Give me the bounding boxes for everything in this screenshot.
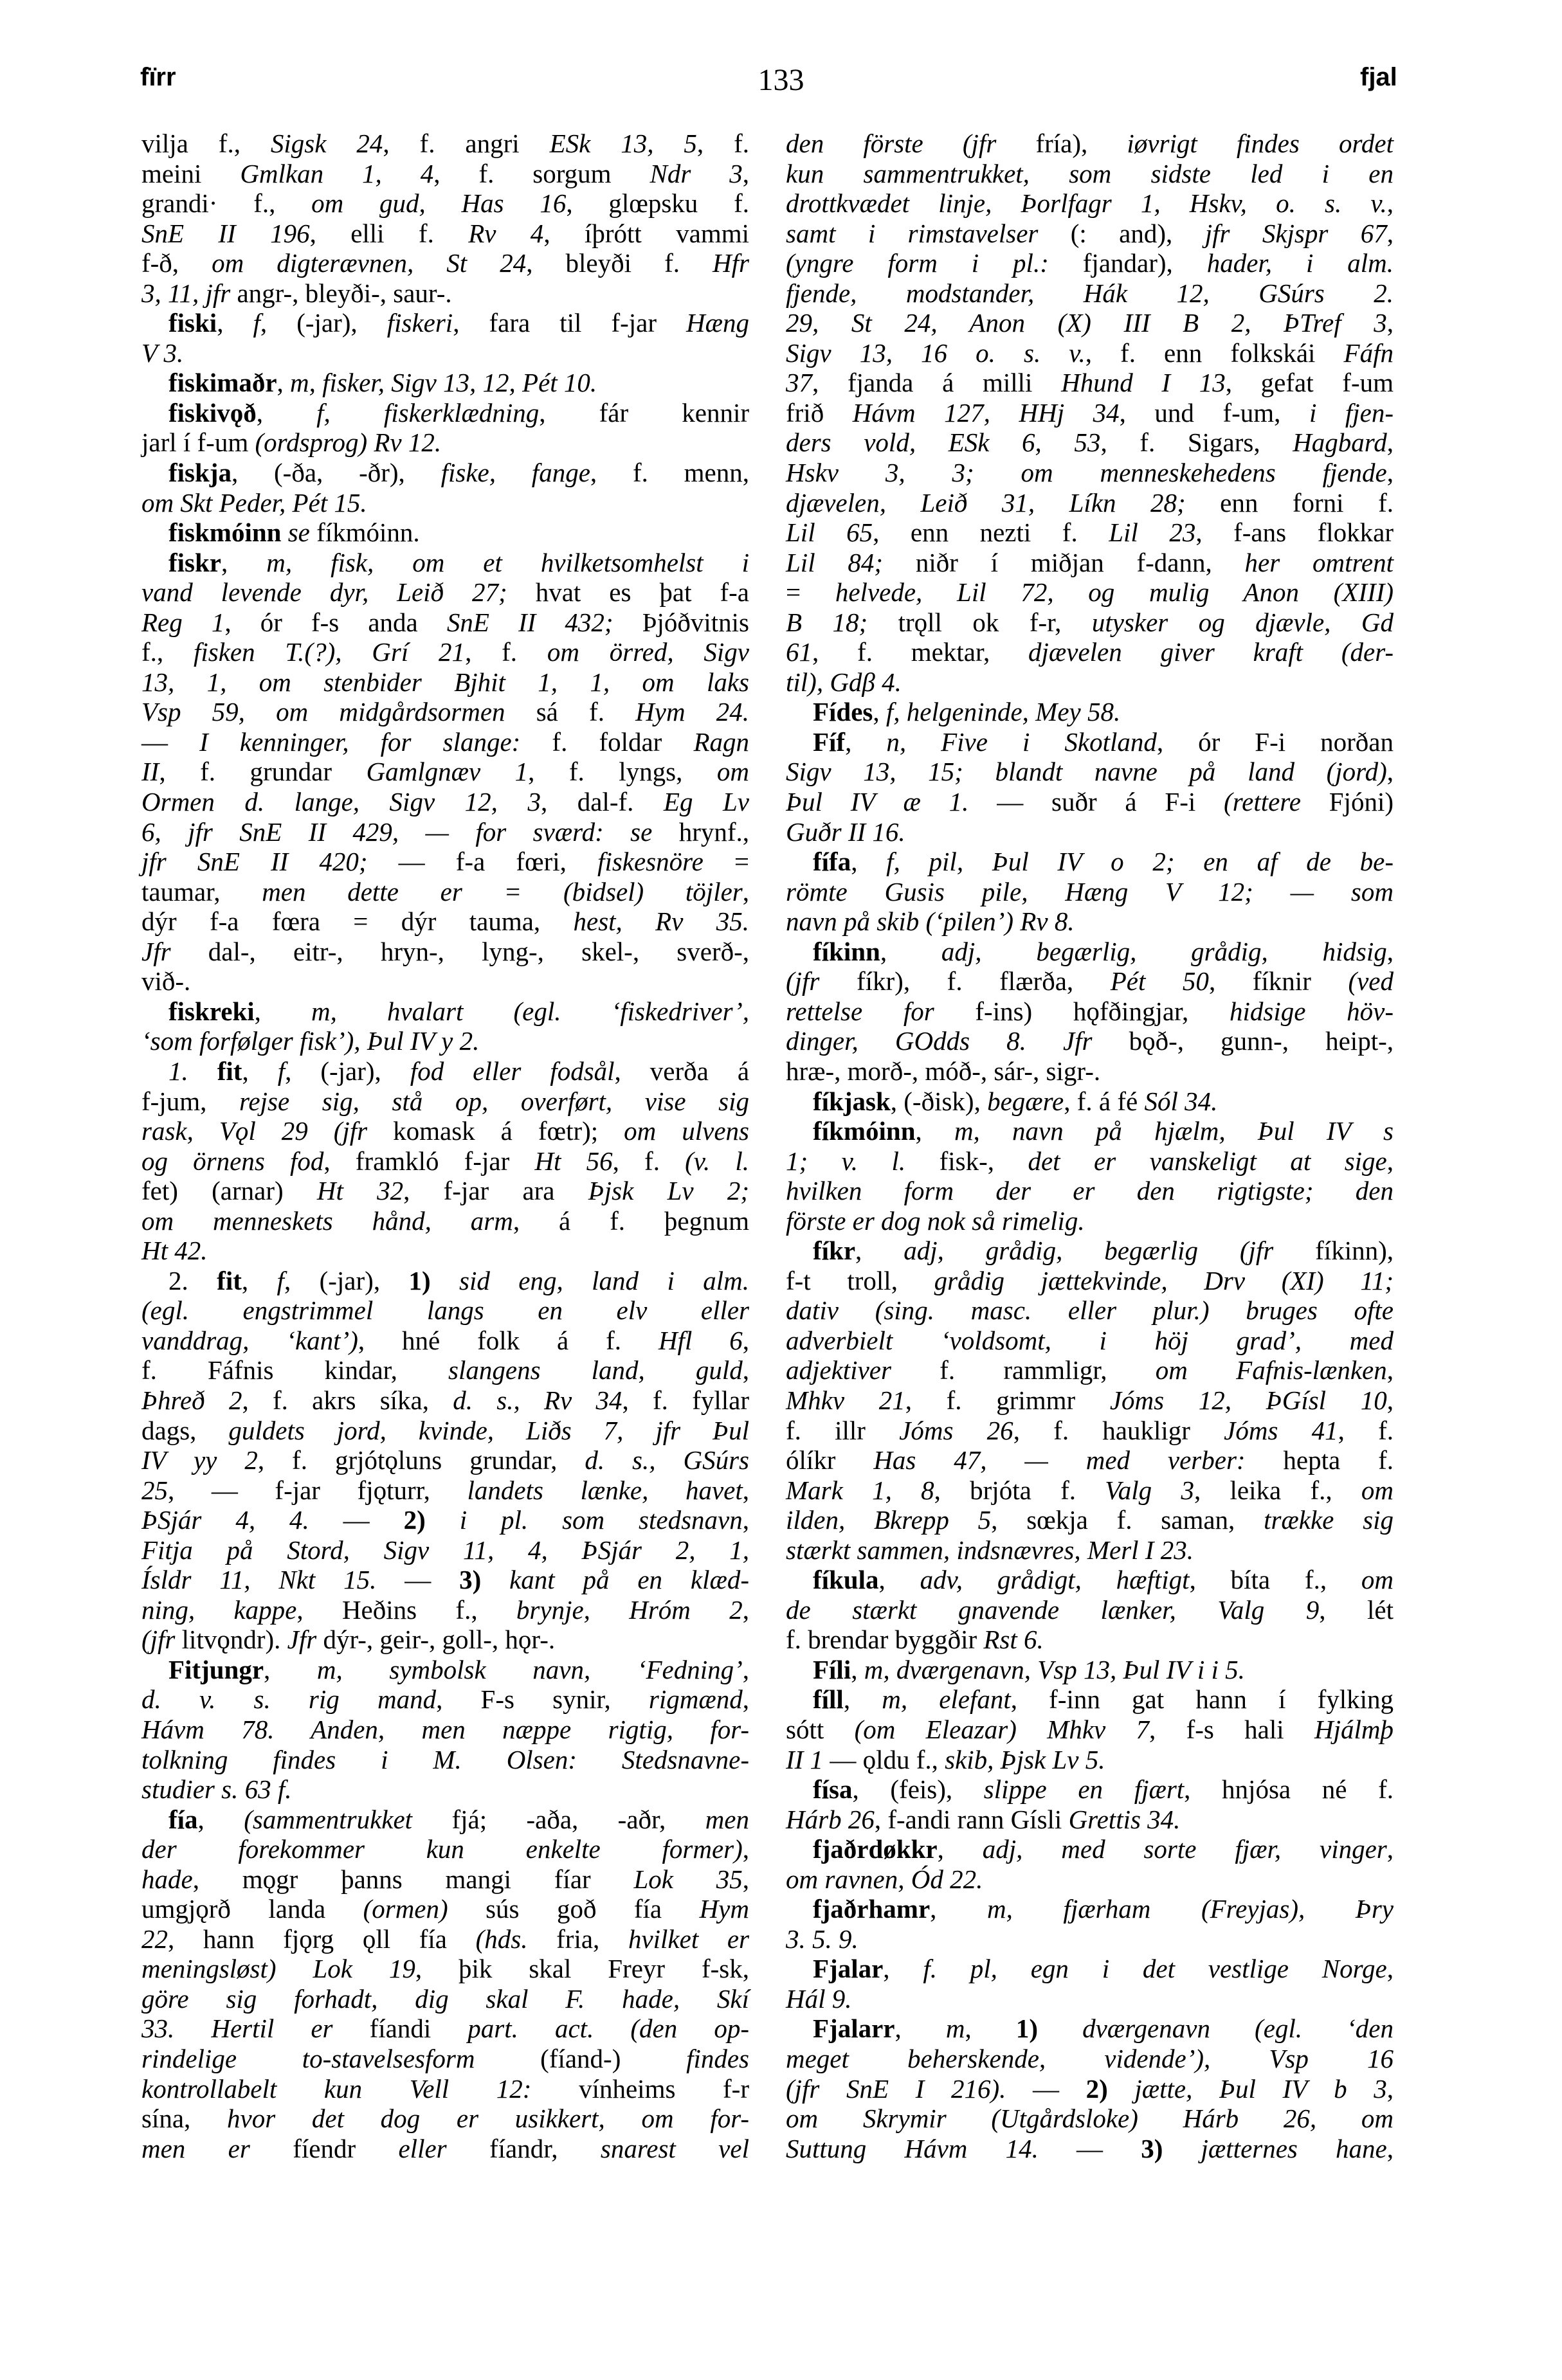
italic-text: 1. bbox=[168, 1056, 217, 1086]
text-line: Hávm 78. Anden, men næppe rigtig, for- bbox=[141, 1715, 749, 1745]
italic-text: Hagbard bbox=[1293, 428, 1387, 457]
italic-text: Lok 35 bbox=[633, 1864, 742, 1894]
roman-text: , fíknir bbox=[1209, 966, 1349, 996]
italic-text: SnE II 196 bbox=[141, 219, 310, 248]
italic-text: fiskesnöre bbox=[597, 847, 704, 876]
text-line: 33. Hertil er fíandi part. act. (den op- bbox=[141, 2014, 749, 2044]
headword: 3) bbox=[459, 1565, 481, 1594]
roman-text: hepta f. bbox=[1246, 1445, 1394, 1475]
text-line: B 18; trǫll ok f-r, utysker og djævle, G… bbox=[786, 608, 1394, 638]
roman-text: , (feis), bbox=[853, 1774, 984, 1804]
roman-text: grandi· f., bbox=[141, 188, 311, 218]
roman-text: fíendr bbox=[250, 2134, 399, 2163]
text-line: (egl. engstrimmel langs en elv eller bbox=[141, 1295, 749, 1326]
roman-text: , bbox=[895, 2014, 945, 2043]
roman-text: f-t troll, bbox=[786, 1266, 934, 1295]
text-line: (jfr fíkr), f. flærða, Pét 50, fíknir (v… bbox=[786, 966, 1394, 996]
roman-text: sína, bbox=[141, 2104, 227, 2133]
italic-text: II bbox=[141, 757, 159, 786]
italic-text: Ht 32 bbox=[317, 1176, 403, 1205]
roman-text: f. rammligr, bbox=[891, 1355, 1156, 1385]
italic-text: om digterævnen, St 24 bbox=[212, 248, 526, 278]
roman-text: , Heðins f., bbox=[296, 1595, 516, 1625]
italic-text: landets lænke, havet bbox=[467, 1475, 742, 1505]
roman-text: fjá; -aða, -aðr, bbox=[412, 1805, 705, 1834]
italic-text: Jóms 41 bbox=[1224, 1416, 1338, 1445]
italic-text: Jóms 12, ÞGísl 10 bbox=[1110, 1385, 1387, 1415]
roman-text: , f. Sigars, bbox=[1100, 428, 1293, 457]
italic-text: Gamlgnæv 1 bbox=[366, 757, 528, 786]
italic-text: Hfr bbox=[713, 248, 749, 278]
headword: fjaðrhamr bbox=[813, 1894, 930, 1924]
italic-text: kant på en klæd- bbox=[481, 1565, 749, 1594]
roman-text: , bbox=[880, 937, 941, 966]
italic-text: ders vold, ESk 6, 53 bbox=[786, 428, 1100, 457]
italic-text: hvor det dog er usikkert, om for- bbox=[227, 2104, 749, 2133]
text-line: Sigv 13, 15; blandt navne på land (jord)… bbox=[786, 757, 1394, 787]
italic-text: vanddrag, ‘kant’) bbox=[141, 1326, 358, 1355]
roman-text: , fjanda á milli bbox=[812, 368, 1061, 397]
roman-text: , leika f., bbox=[1194, 1475, 1361, 1505]
italic-text: m, navn på hjælm, Þul IV s bbox=[954, 1116, 1394, 1146]
italic-text: Eg Lv bbox=[664, 787, 749, 816]
dictionary-page: fïrr 133 fjal vilja f., Sigsk 24, f. ang… bbox=[0, 0, 1562, 2380]
roman-text: , bbox=[851, 1655, 864, 1684]
italic-text: meget beherskende, vidende’), Vsp 16 bbox=[786, 2044, 1394, 2073]
roman-text: , bbox=[1387, 1954, 1394, 1983]
italic-text: hade bbox=[141, 1864, 193, 1894]
roman-text: , f. menn, bbox=[590, 458, 749, 487]
text-line: Guðr II 16. bbox=[786, 817, 1394, 847]
roman-text: , framkló f-jar bbox=[323, 1146, 534, 1176]
entry-headline: fiskivǫð, f, fiskerklædning, fár kennir bbox=[141, 398, 749, 428]
text-line: 29, St 24, Anon (X) III B 2, ÞTref 3, bbox=[786, 308, 1394, 338]
roman-text: , bbox=[743, 1355, 749, 1385]
roman-text: , lét bbox=[1319, 1595, 1394, 1625]
roman-text: , bbox=[255, 996, 311, 1026]
italic-text: 22 bbox=[141, 1924, 168, 1954]
page-number: 133 bbox=[0, 64, 1562, 96]
text-line: den förste (jfr fría), iøvrigt findes or… bbox=[786, 129, 1394, 159]
italic-text: om ravnen, Ód 22. bbox=[786, 1864, 983, 1894]
italic-text: hest, Rv 35. bbox=[574, 906, 749, 936]
italic-text: om bbox=[1361, 1475, 1394, 1505]
text-line: meini Gmlkan 1, 4, f. sorgum Ndr 3, bbox=[141, 159, 749, 189]
italic-text: m bbox=[946, 2014, 965, 2043]
roman-text: f. foldar bbox=[520, 727, 693, 757]
text-line: II, f. grundar Gamlgnæv 1, f. lyngs, om bbox=[141, 757, 749, 787]
roman-text: við-. bbox=[141, 966, 190, 996]
italic-text: hvilken form der er den rigtigste; den bbox=[786, 1176, 1394, 1205]
italic-text: Þjsk Lv 2; bbox=[588, 1176, 749, 1205]
text-line: navn på skib (‘pilen’) Rv 8. bbox=[786, 906, 1394, 937]
roman-text: sótt bbox=[786, 1715, 855, 1744]
left-column: vilja f., Sigsk 24, f. angri ESk 13, 5, … bbox=[141, 129, 749, 2163]
italic-text: i pl. som stedsnavn bbox=[426, 1505, 743, 1535]
italic-text: (ved bbox=[1348, 966, 1394, 996]
text-line: drottkvædet linje, Þorlfagr 1, Hskv, o. … bbox=[786, 188, 1394, 219]
text-line: dativ (sing. masc. eller plur.) bruges o… bbox=[786, 1295, 1394, 1326]
italic-text: dinger, GOdds 8. Jfr bbox=[786, 1026, 1093, 1056]
italic-text: Mhkv 21 bbox=[786, 1385, 905, 1415]
text-line: Þul IV æ 1. — suðr á F-i (rettere Fjóni) bbox=[786, 787, 1394, 817]
italic-text: iøvrigt findes ordet bbox=[1127, 129, 1394, 158]
italic-text: römte Gusis pile, Hæng V 12; — som bbox=[786, 877, 1394, 906]
roman-text: , (-ðisk), bbox=[891, 1086, 987, 1116]
italic-text: brynje, Hróm 2 bbox=[516, 1595, 743, 1625]
italic-text: ‘som forfølger fisk’), Þul IV y 2. bbox=[141, 1026, 479, 1056]
italic-text: dværgenavn (egl. ‘den bbox=[1038, 2014, 1394, 2043]
italic-text: findes bbox=[686, 2044, 749, 2073]
roman-text: , mǫgr þanns mangi fíar bbox=[193, 1864, 634, 1894]
italic-text: Pét 50 bbox=[1111, 966, 1209, 996]
headword: Fíli bbox=[813, 1655, 851, 1684]
headword: fíkjask bbox=[813, 1086, 891, 1116]
italic-text: ÞSjár 4, 4. bbox=[141, 1505, 309, 1535]
roman-text: , elli f. bbox=[310, 219, 469, 248]
italic-text: 37 bbox=[786, 368, 812, 397]
italic-text: Hfl 6 bbox=[658, 1326, 743, 1355]
entry-headline: 1. fit, f, (-jar), fod eller fodsål, ver… bbox=[141, 1056, 749, 1086]
roman-text: , hann fjǫrg ǫll fía bbox=[168, 1924, 476, 1954]
text-line: Reg 1, ór f-s anda SnE II 432; Þjóðvitni… bbox=[141, 608, 749, 638]
text-line: d. v. s. rig mand, F-s synir, rigmænd, bbox=[141, 1684, 749, 1715]
roman-text: f-ins) hǫfðingjar, bbox=[934, 996, 1230, 1026]
text-line: kontrollabelt kun Vell 12: vínheims f-r bbox=[141, 2074, 749, 2104]
headword: Fjalar bbox=[813, 1954, 883, 1983]
roman-text: f. illr bbox=[786, 1416, 899, 1445]
roman-text: fíkinn), bbox=[1273, 1236, 1394, 1265]
roman-text: komask á fœtr); bbox=[367, 1116, 624, 1146]
italic-text: dativ (sing. masc. eller plur.) bruges o… bbox=[786, 1295, 1394, 1325]
italic-text: Sigv 13, 16 o. s. v. bbox=[786, 338, 1085, 368]
headword: 2) bbox=[1086, 2074, 1108, 2104]
entry-headline: 2. fit, f, (-jar), 1) sid eng, land i al… bbox=[141, 1266, 749, 1296]
entry-headline: fjaðrdøkkr, adj, med sorte fjær, vinger, bbox=[786, 1834, 1394, 1864]
roman-text: , (-ða, -ðr), bbox=[232, 458, 441, 487]
text-line: umgjǫrð landa (ormen) sús goð fía Hym bbox=[141, 1894, 749, 1924]
headword: Fjalarr bbox=[813, 2014, 895, 2043]
text-line: Hárb 26, f-andi rann Gísli Grettis 34. bbox=[786, 1805, 1394, 1835]
text-line: Sigv 13, 16 o. s. v., f. enn folkskái Fá… bbox=[786, 338, 1394, 368]
italic-text: tolkning findes i M. Olsen: Stedsnavne- bbox=[141, 1745, 749, 1774]
roman-text: , bbox=[1387, 188, 1394, 218]
roman-text: , f. á fé bbox=[1064, 1086, 1144, 1116]
roman-text: , f-jar ara bbox=[403, 1176, 588, 1205]
text-line: fjende, modstander, Hák 12, GSúrs 2. bbox=[786, 278, 1394, 309]
italic-text: Hym 24. bbox=[635, 697, 749, 726]
text-line: ning, kappe, Heðins f., brynje, Hróm 2, bbox=[141, 1595, 749, 1625]
roman-text: , f. grimmr bbox=[905, 1385, 1110, 1415]
roman-text: , f. lyngs, bbox=[528, 757, 717, 786]
roman-text: f-ð, bbox=[141, 248, 212, 278]
italic-text: SnE II 432; bbox=[447, 608, 613, 637]
text-line: Lil 65, enn nezti f. Lil 23, f-ans flokk… bbox=[786, 518, 1394, 548]
text-line: (jfr litvǫndr). Jfr dýr-, geir-, goll-, … bbox=[141, 1625, 749, 1655]
text-line: jfr SnE II 420; — f-a fœri, fiskesnöre = bbox=[141, 847, 749, 877]
roman-text: fisk-, bbox=[905, 1146, 1028, 1176]
italic-text: om bbox=[717, 757, 749, 786]
roman-text: , bbox=[930, 1894, 987, 1924]
italic-text: m, symbolsk navn, ‘Fedning’ bbox=[317, 1655, 743, 1684]
italic-text: navn på skib (‘pilen’) Rv 8. bbox=[786, 906, 1075, 936]
italic-text: (jfr SnE I 216). bbox=[786, 2074, 1006, 2104]
roman-text: litvǫndr). bbox=[175, 1625, 287, 1654]
roman-text: , bbox=[743, 1834, 749, 1864]
italic-text: Lil 65 bbox=[786, 518, 873, 547]
roman-text: , enn nezti f. bbox=[873, 518, 1109, 547]
roman-text: , gefat f-um bbox=[1226, 368, 1394, 397]
headword: 1) bbox=[408, 1266, 430, 1295]
roman-text: , hné folk á f. bbox=[358, 1326, 658, 1355]
italic-text: om Fafnis-lænken bbox=[1156, 1355, 1387, 1385]
roman-text: sús goð fía bbox=[448, 1894, 700, 1924]
entry-headline: fiskimaðr, m, fisker, Sigv 13, 12, Pét 1… bbox=[141, 368, 749, 398]
roman-text: , dal-f. bbox=[541, 787, 664, 816]
text-line: við-. bbox=[141, 966, 749, 996]
italic-text: 13, 1, om stenbider Bjhit 1, 1, om laks bbox=[141, 667, 749, 697]
italic-text: grådig jættekvinde, Drv (XI) 11; bbox=[934, 1266, 1394, 1295]
roman-text: f-jum, bbox=[141, 1086, 239, 1116]
text-line: studier s. 63 f. bbox=[141, 1774, 749, 1805]
text-line: 61, f. mektar, djævelen giver kraft (der… bbox=[786, 637, 1394, 667]
roman-text: , f. bbox=[697, 129, 749, 158]
text-line: vanddrag, ‘kant’), hné folk á f. Hfl 6, bbox=[141, 1326, 749, 1356]
text-line: II 1 — ǫldu f., skib, Þjsk Lv 5. bbox=[786, 1745, 1394, 1775]
roman-text: dags, bbox=[141, 1416, 228, 1445]
italic-text: adjektiver bbox=[786, 1355, 891, 1385]
roman-text: f. brendar byggðir bbox=[786, 1625, 983, 1654]
italic-text: studier s. 63 f. bbox=[141, 1774, 292, 1804]
italic-text: jfr Skjspr 67 bbox=[1205, 219, 1387, 248]
roman-text: vilja f., bbox=[141, 129, 271, 158]
entry-headline: fjaðrhamr, m, fjærham (Freyjas), Þry bbox=[786, 1894, 1394, 1924]
italic-text: Ndr 3 bbox=[649, 159, 742, 188]
italic-text: fod eller fodsål bbox=[410, 1056, 615, 1086]
text-line: f. Fáfnis kindar, slangens land, guld, bbox=[141, 1355, 749, 1385]
roman-text: hvat es þat f-a bbox=[507, 577, 749, 607]
text-line: Ormen d. lange, Sigv 12, 3, dal-f. Eg Lv bbox=[141, 787, 749, 817]
entry-headline: fíkjask, (-ðisk), begære, f. á fé Sól 34… bbox=[786, 1086, 1394, 1117]
roman-text: , bbox=[221, 548, 266, 577]
italic-text: Lil 23 bbox=[1109, 518, 1195, 547]
roman-text: trǫll ok f-r, bbox=[867, 608, 1092, 637]
roman-text: , bbox=[257, 398, 316, 428]
italic-text: ESk 13, 5 bbox=[550, 129, 697, 158]
italic-text: Ragn bbox=[693, 727, 749, 757]
roman-text: f., bbox=[141, 637, 194, 667]
italic-text: jætte, Þul IV b 3 bbox=[1108, 2074, 1387, 2104]
entry-headline: fiskreki, m, hvalart (egl. ‘fiskedriver’… bbox=[141, 996, 749, 1027]
headword: fit bbox=[217, 1056, 242, 1086]
entry-headline: fía, (sammentrukket fjá; -aða, -aðr, men bbox=[141, 1805, 749, 1835]
italic-text: m, hvalart (egl. ‘fiskedriver’, bbox=[311, 996, 749, 1026]
entry-headline: fíkr, adj, grådig, begærlig (jfr fíkinn)… bbox=[786, 1236, 1394, 1266]
headword: fit bbox=[217, 1266, 242, 1295]
entry-headline: fíkmóinn, m, navn på hjælm, Þul IV s bbox=[786, 1116, 1394, 1146]
roman-text: , bbox=[883, 1954, 923, 1983]
italic-text: meningsløst) Lok 19 bbox=[141, 1954, 415, 1983]
text-line: 3, 11, jfr angr-, bleyði-, saur-. bbox=[141, 278, 749, 309]
roman-text: , bbox=[851, 847, 886, 876]
text-line: hade, mǫgr þanns mangi fíar Lok 35, bbox=[141, 1864, 749, 1895]
roman-text: f. Fáfnis kindar, bbox=[141, 1355, 448, 1385]
text-line: f-t troll, grådig jættekvinde, Drv (XI) … bbox=[786, 1266, 1394, 1296]
italic-text: (ordsprog) Rv 12. bbox=[255, 428, 441, 457]
italic-text: Ormen d. lange, Sigv 12, 3 bbox=[141, 787, 541, 816]
text-line: 1; v. l. fisk-, det er vanskeligt at sig… bbox=[786, 1146, 1394, 1176]
headword: fíkr bbox=[813, 1236, 855, 1265]
italic-text: snarest vel bbox=[601, 2134, 749, 2163]
text-line: ólíkr Has 47, — med verber: hepta f. bbox=[786, 1445, 1394, 1475]
italic-text: Þhreð 2 bbox=[141, 1385, 242, 1415]
roman-text: , bbox=[1387, 1146, 1394, 1176]
italic-text: adverbielt ‘voldsomt, i höj grad’, med bbox=[786, 1326, 1394, 1355]
roman-text: (: and), bbox=[1038, 219, 1204, 248]
text-line: stærkt sammen, indsnævres, Merl I 23. bbox=[786, 1535, 1394, 1565]
headword: fíkmóinn bbox=[813, 1116, 916, 1146]
text-line: tolkning findes i M. Olsen: Stedsnavne- bbox=[141, 1745, 749, 1775]
roman-text: , bbox=[1387, 937, 1394, 966]
italic-text: m, dværgenavn, Vsp 13, Þul IV i i 5. bbox=[864, 1655, 1245, 1684]
entry-headline: Fíli, m, dværgenavn, Vsp 13, Þul IV i i … bbox=[786, 1655, 1394, 1685]
text-line: dýr f-a fœra = dýr tauma, hest, Rv 35. bbox=[141, 906, 749, 937]
text-line: samt i rimstavelser (: and), jfr Skjspr … bbox=[786, 219, 1394, 249]
roman-text: , glœpsku f. bbox=[566, 188, 749, 218]
italic-text: jfr SnE II 420; bbox=[141, 847, 368, 876]
italic-text: Fáfn bbox=[1344, 338, 1394, 368]
roman-text: jarl í f-um bbox=[141, 428, 255, 457]
italic-text: Hskv 3, 3; om menneskehedens fjende bbox=[786, 458, 1387, 487]
roman-text: , bbox=[873, 697, 886, 726]
italic-text: slippe en fjært bbox=[984, 1774, 1184, 1804]
italic-text: (v. l. bbox=[685, 1146, 749, 1176]
italic-text: Hym bbox=[700, 1894, 749, 1924]
italic-text: m, fisk, om et hvilketsomhelst i bbox=[266, 548, 749, 577]
text-line: Jfr dal-, eitr-, hryn-, lyng-, skel-, sv… bbox=[141, 937, 749, 967]
text-line: Ísldr 11, Nkt 15. — 3) kant på en klæd- bbox=[141, 1565, 749, 1595]
text-line: f-ð, om digterævnen, St 24, bleyði f. Hf… bbox=[141, 248, 749, 278]
roman-text: dal-, eitr-, hryn-, lyng-, skel-, sverð-… bbox=[171, 937, 749, 966]
italic-text: i fjen- bbox=[1309, 398, 1394, 428]
text-line: Hskv 3, 3; om menneskehedens fjende, bbox=[786, 458, 1394, 488]
roman-text: , bbox=[845, 727, 886, 757]
roman-text: , f-inn gat hann í fylking bbox=[1011, 1684, 1394, 1714]
italic-text: (jfr bbox=[786, 966, 819, 996]
italic-text: f bbox=[278, 1056, 285, 1086]
italic-text: f bbox=[277, 1266, 284, 1295]
roman-text: — bbox=[1006, 2074, 1085, 2104]
roman-text: , bbox=[1387, 308, 1394, 338]
text-line: vand levende dyr, Leið 27; hvat es þat f… bbox=[141, 577, 749, 608]
roman-text: = bbox=[704, 847, 749, 876]
roman-text: fíandr, bbox=[447, 2134, 601, 2163]
headword: 3) bbox=[1141, 2134, 1163, 2163]
italic-text: og örnens fod bbox=[141, 1146, 323, 1176]
roman-text: enn forni f. bbox=[1186, 488, 1394, 518]
roman-text: , bbox=[264, 1655, 317, 1684]
text-line: Mark 1, 8, brjóta f. Valg 3, leika f., o… bbox=[786, 1475, 1394, 1506]
roman-text: , fara til f-jar bbox=[453, 308, 686, 338]
roman-text: , F-s synir, bbox=[436, 1684, 649, 1714]
roman-text: — bbox=[141, 727, 199, 757]
roman-text: , bbox=[879, 1565, 920, 1594]
italic-text: (sammentrukket bbox=[244, 1805, 412, 1834]
italic-text: ning, kappe bbox=[141, 1595, 296, 1625]
entry-headline: Fitjungr, m, symbolsk navn, ‘Fedning’, bbox=[141, 1655, 749, 1685]
italic-text: hvilket er bbox=[628, 1924, 749, 1954]
text-line: ders vold, ESk 6, 53, f. Sigars, Hagbard… bbox=[786, 428, 1394, 458]
roman-text: , fár kennir bbox=[539, 398, 749, 428]
roman-text: , bbox=[855, 1236, 904, 1265]
italic-text: de stærkt gnavende lænker, Valg 9 bbox=[786, 1595, 1319, 1625]
headword: fiskimaðr bbox=[168, 368, 277, 397]
headword: fiskmóinn bbox=[168, 518, 281, 547]
roman-text: , bbox=[277, 368, 291, 397]
text-line: sótt (om Eleazar) Mhkv 7, f-s hali Hjálm… bbox=[786, 1715, 1394, 1745]
italic-text: om menneskets hånd, arm bbox=[141, 1206, 513, 1236]
text-line: om ravnen, Ód 22. bbox=[786, 1864, 1394, 1895]
text-line: de stærkt gnavende lænker, Valg 9, lét bbox=[786, 1595, 1394, 1625]
roman-text: , bbox=[743, 877, 749, 906]
italic-text: göre sig forhadt, dig skal F. hade, Skí bbox=[141, 1984, 749, 2014]
italic-text: men bbox=[705, 1805, 749, 1834]
text-line: og örnens fod, framkló f-jar Ht 56, f. (… bbox=[141, 1146, 749, 1176]
roman-text: — suðr á F-i bbox=[968, 787, 1224, 816]
roman-text: , f. haukligr bbox=[1013, 1416, 1224, 1445]
roman-text: , bbox=[743, 1595, 749, 1625]
italic-text: sid eng, land i alm. bbox=[431, 1266, 749, 1295]
italic-text: om örred, Sigv bbox=[547, 637, 749, 667]
italic-text: Sigv 13, 15; blandt navne på land (jord) bbox=[786, 757, 1387, 786]
text-line: hvilken form der er den rigtigste; den bbox=[786, 1176, 1394, 1206]
italic-text: slangens land, guld bbox=[448, 1355, 743, 1385]
roman-text: , hnjósa né f. bbox=[1184, 1774, 1394, 1804]
italic-text: adv, grådigt, hæftigt bbox=[920, 1565, 1190, 1594]
text-line: ilden, Bkrepp 5, sœkja f. saman, trække … bbox=[786, 1505, 1394, 1535]
italic-text: fjende, modstander, Hák 12, GSúrs 2. bbox=[786, 278, 1394, 308]
roman-text: , (-jar), bbox=[284, 1266, 409, 1295]
text-line: grandi· f., om gud, Has 16, glœpsku f. bbox=[141, 188, 749, 219]
roman-text: , bbox=[965, 2014, 1015, 2043]
text-line: vilja f., Sigsk 24, f. angri ESk 13, 5, … bbox=[141, 129, 749, 159]
roman-text: umgjǫrð landa bbox=[141, 1894, 363, 1924]
roman-text: (fíand-) bbox=[475, 2044, 686, 2073]
roman-text: , bbox=[743, 1475, 749, 1505]
italic-text: om Skt Peder, Pét 15. bbox=[141, 488, 367, 518]
text-line: 22, hann fjǫrg ǫll fía (hds. fria, hvilk… bbox=[141, 1924, 749, 1954]
roman-text: , f. bbox=[465, 637, 547, 667]
italic-text: om gud, Has 16 bbox=[311, 188, 566, 218]
entry-headline: fiskr, m, fisk, om et hvilketsomhelst i bbox=[141, 548, 749, 578]
roman-text: , und f-um, bbox=[1120, 398, 1309, 428]
italic-text: Mark 1, 8 bbox=[786, 1475, 934, 1505]
roman-text: Þjóðvitnis bbox=[613, 608, 749, 637]
roman-text: , bbox=[743, 1326, 749, 1355]
text-line: Hál 9. bbox=[786, 1984, 1394, 2014]
headword: fíll bbox=[813, 1684, 844, 1714]
italic-text: f, helgeninde, Mey 58. bbox=[886, 697, 1120, 726]
italic-text: Hhund I 13 bbox=[1061, 368, 1226, 397]
roman-text: — bbox=[1039, 2134, 1141, 2163]
italic-text: stærkt sammen, indsnævres, Merl I 23. bbox=[786, 1535, 1194, 1565]
entry-headline: Fjalar, f. pl, egn i det vestlige Norge, bbox=[786, 1954, 1394, 1984]
italic-text: djævelen giver kraft (der- bbox=[1028, 637, 1394, 667]
roman-text: 2. bbox=[168, 1266, 217, 1295]
italic-text: samt i rimstavelser bbox=[786, 219, 1038, 248]
roman-text: — ǫldu f., bbox=[823, 1745, 945, 1774]
text-line: f., fisken T.(?), Grí 21, f. om örred, S… bbox=[141, 637, 749, 667]
